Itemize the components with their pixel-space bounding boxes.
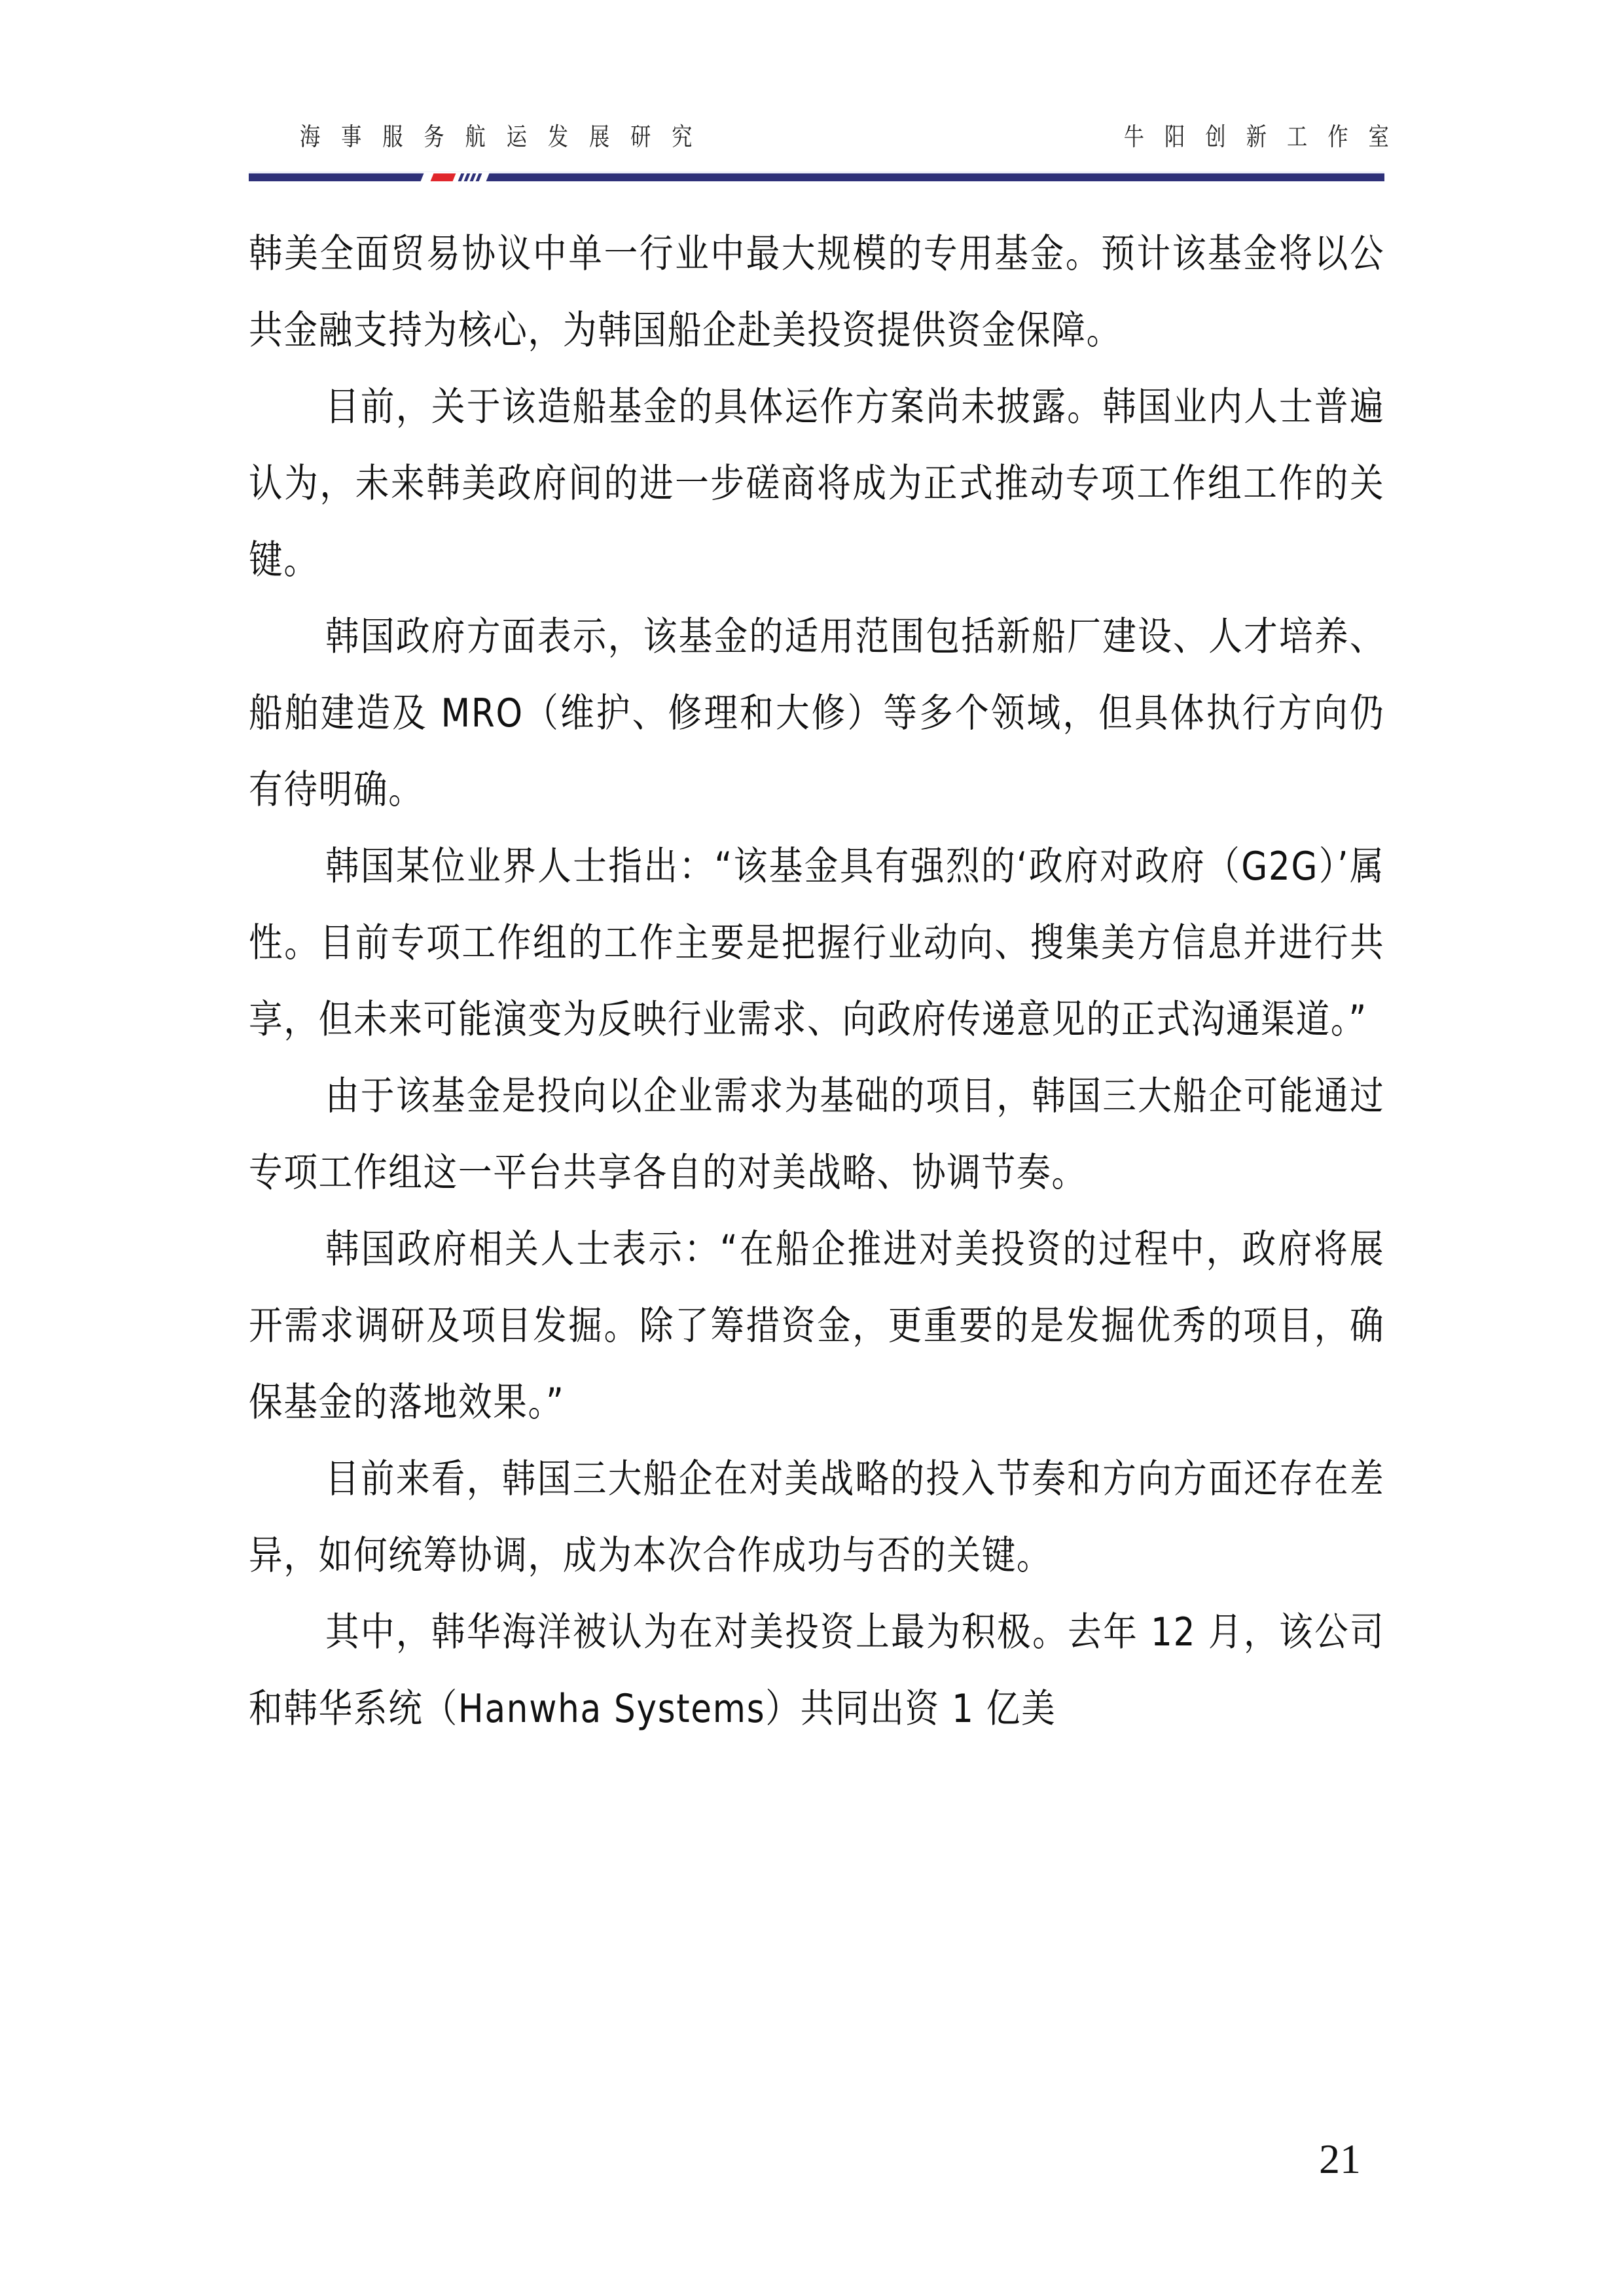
- header-divider-rule: [249, 173, 1384, 181]
- paragraph: 韩美全面贸易协议中单一行业中最大规模的专用基金。预计该基金将以公共金融支持为核心…: [249, 216, 1384, 369]
- paragraph: 其中，韩华海洋被认为在对美投资上最为积极。去年 12 月，该公司和韩华系统（Ha…: [249, 1594, 1384, 1748]
- paragraph: 韩国政府相关人士表示：“在船企推进对美投资的过程中，政府将展开需求调研及项目发掘…: [249, 1211, 1384, 1441]
- article-body: 韩美全面贸易协议中单一行业中最大规模的专用基金。预计该基金将以公共金融支持为核心…: [249, 216, 1384, 1748]
- paragraph: 韩国政府方面表示，该基金的适用范围包括新船厂建设、人才培养、船舶建造及 MRO（…: [249, 599, 1384, 829]
- paragraph: 由于该基金是投向以企业需求为基础的项目，韩国三大船企可能通过专项工作组这一平台共…: [249, 1058, 1384, 1211]
- paragraph: 目前来看，韩国三大船企在对美战略的投入节奏和方向方面还存在差异，如何统筹协调，成…: [249, 1441, 1384, 1594]
- header-studio-name: 牛阳创新工作室: [1124, 117, 1409, 152]
- paragraph: 韩国某位业界人士指出：“该基金具有强烈的‘政府对政府（G2G）’属性。目前专项工…: [249, 829, 1384, 1058]
- header-publication-title: 海事服务航运发展研究: [300, 117, 713, 152]
- rule-red-stripe: [431, 173, 456, 181]
- paragraph: 目前，关于该造船基金的具体运作方案尚未披露。韩国业内人士普遍认为，未来韩美政府间…: [249, 369, 1384, 599]
- running-header: 海事服务航运发展研究 牛阳创新工作室: [249, 111, 1384, 157]
- page-number: 21: [1319, 2135, 1361, 2183]
